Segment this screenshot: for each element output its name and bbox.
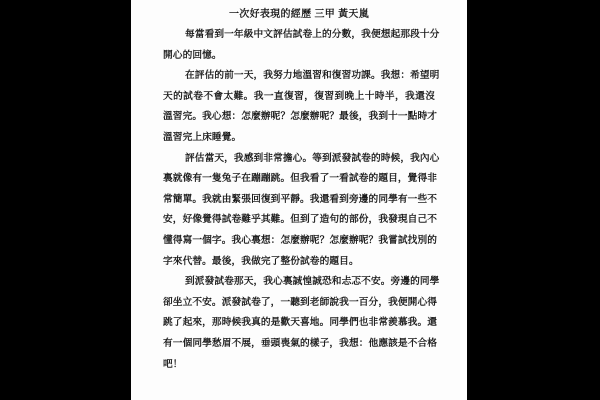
letterbox-right (467, 0, 600, 400)
essay-line: 開心的回憶。 (163, 46, 435, 67)
essay-line: 評估當天，我感到非常擔心。等到派發試卷的時候，我內心 (163, 149, 435, 170)
essay-line: 溫習完上床睡覺。 (163, 128, 435, 149)
essay-body: 每當看到一年級中文評估試卷上的分數，我便想起那段十分開心的回憶。在評估的前一天，… (163, 25, 435, 375)
essay-line: 卻坐立不安。派發試卷了，一聽到老師說我一百分，我便開心得 (163, 293, 435, 314)
essay-line: 溫習完。我心想：怎麼辦呢？怎麼辦呢？最後，我到十一點時才 (163, 107, 435, 128)
essay-line: 裏就像有一隻兔子在蹦蹦跳。但我看了一看試卷的題目，覺得非 (163, 169, 435, 190)
essay-line: 懂得寫一個字。我心裏想：怎麼辦呢？怎麼辦呢？我嘗試找別的 (163, 231, 435, 252)
essay-title: 一次好表現的經歷 三甲 黃天嵐 (131, 7, 467, 23)
essay-line: 有一個同學愁眉不展，垂頭喪氣的樣子，我想：他應該是不合格 (163, 334, 435, 355)
essay-line: 安，好像覺得試卷難乎其難。但到了造句的部份，我發現自己不 (163, 210, 435, 231)
essay-line: 每當看到一年級中文評估試卷上的分數，我便想起那段十分 (163, 25, 435, 46)
essay-line: 常簡單。我就由緊張回復到平靜。我還看到旁邊的同學有一些不 (163, 190, 435, 211)
essay-line: 字來代替。最後，我做完了整份試卷的題目。 (163, 252, 435, 273)
screenshot-canvas: 一次好表現的經歷 三甲 黃天嵐 每當看到一年級中文評估試卷上的分數，我便想起那段… (0, 0, 600, 400)
essay-line: 吧！ (163, 355, 435, 376)
essay-page: 一次好表現的經歷 三甲 黃天嵐 每當看到一年級中文評估試卷上的分數，我便想起那段… (131, 0, 467, 400)
essay-line: 在評估的前一天，我努力地溫習和復習功課。我想：希望明 (163, 66, 435, 87)
essay-line: 跳了起來，那時候我真的是歡天喜地。同學們也非常羨慕我。還 (163, 313, 435, 334)
letterbox-left (0, 0, 131, 400)
essay-line: 到派發試卷那天，我心裏誠惶誠恐和忐忑不安。旁邊的同學 (163, 272, 435, 293)
essay-line: 天的試卷不會太難。我一直復習，復習到晚上十時半，我還沒 (163, 87, 435, 108)
